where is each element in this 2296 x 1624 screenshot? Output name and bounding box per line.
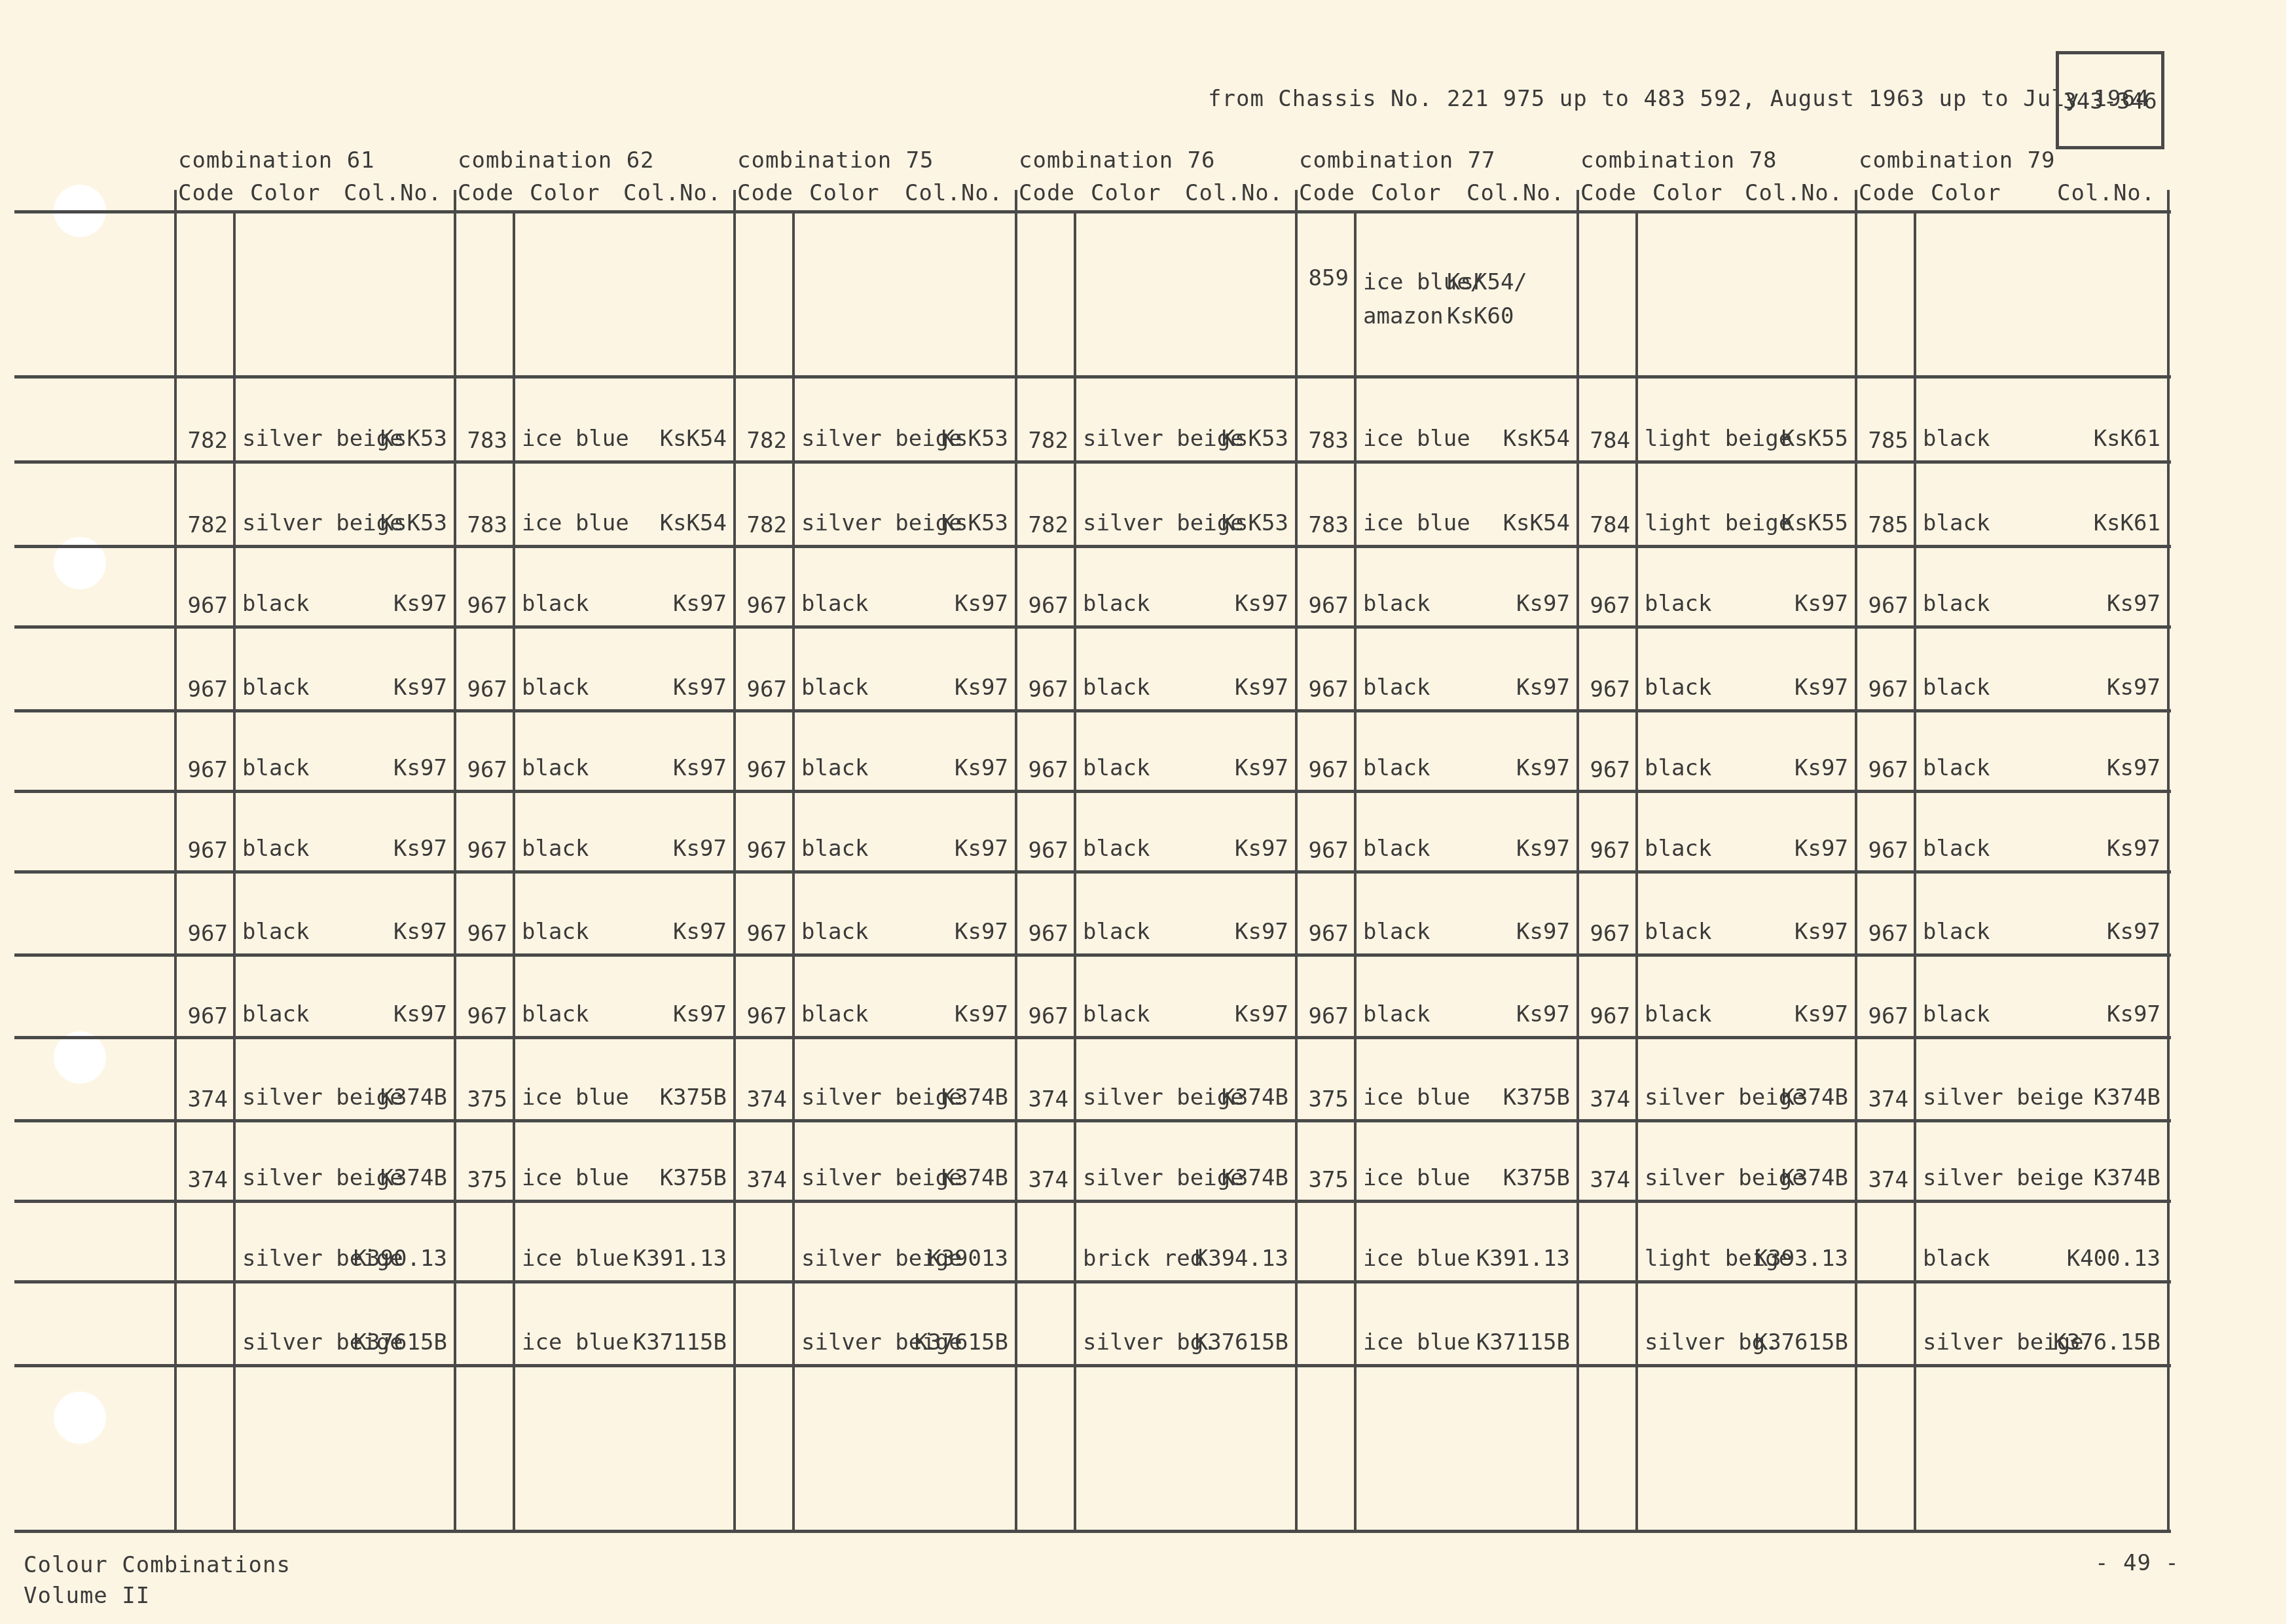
cell-code: 967	[1857, 676, 1908, 703]
cell-code: 783	[456, 428, 507, 454]
document-page	[0, 0, 2286, 1624]
cell-color: black	[801, 676, 868, 699]
cell-colno: Ks97	[1165, 921, 1288, 943]
combination-title: combination 76	[1019, 149, 1216, 172]
cell-colno: K375B	[604, 1086, 727, 1109]
cell-code: 784	[1579, 428, 1630, 454]
cell-code: 967	[177, 757, 228, 783]
cell-code: 967	[1579, 593, 1630, 619]
column-header-color: Color	[1371, 182, 1441, 204]
cell-color: black	[242, 921, 309, 943]
cell-colno: Ks97	[604, 676, 727, 699]
row-rule	[14, 953, 2171, 957]
cell-colno: Ks97	[1447, 1003, 1570, 1025]
cell-code: 967	[1017, 1003, 1068, 1029]
cell-code: 374	[1579, 1167, 1630, 1193]
cell-colno: KsK53	[1165, 428, 1288, 450]
cell-colno: K374B	[2037, 1086, 2160, 1109]
cell-color: black	[801, 757, 868, 779]
combination-title: combination 79	[1859, 149, 2056, 172]
cell-code: 967	[736, 838, 787, 864]
cell-colno: Ks97	[1447, 676, 1570, 699]
cell-code: 967	[1298, 676, 1349, 703]
cell-color: black	[242, 757, 309, 779]
cell-colno: Ks97	[885, 676, 1008, 699]
footer-title: Colour Combinations	[24, 1554, 291, 1576]
cell-colno: KsK53	[885, 428, 1008, 450]
cell-color: black	[1083, 757, 1150, 779]
cell-code: 785	[1857, 428, 1908, 454]
combination-title: combination 75	[737, 149, 934, 172]
cell-color: black	[1363, 676, 1430, 699]
cell-color: black	[242, 1003, 309, 1025]
column-header-colno: Col.No.	[344, 182, 442, 204]
cell-colno: K37615B	[885, 1331, 1008, 1354]
cell-code: 967	[1298, 593, 1349, 619]
cell-color: black	[1645, 838, 1711, 860]
row-rule	[14, 1280, 2171, 1283]
combination-title: combination 77	[1299, 149, 1496, 172]
cell-colno: Ks97	[885, 921, 1008, 943]
cell-colno: K374B	[1725, 1167, 1848, 1189]
cell-colno: Ks97	[1447, 757, 1570, 779]
cell-colno: Ks97	[1447, 921, 1570, 943]
cell-colno: Ks97	[604, 757, 727, 779]
code-divider	[513, 212, 515, 1533]
row-rule	[14, 1200, 2171, 1203]
cell-colno: Ks97	[1165, 676, 1288, 699]
cell-code: 374	[177, 1086, 228, 1113]
cell-code: 967	[1579, 1003, 1630, 1029]
column-header-code: Code	[178, 182, 234, 204]
cell-code: 967	[1579, 838, 1630, 864]
cell-code: 784	[1579, 512, 1630, 538]
cell-code: 859	[1298, 265, 1349, 291]
column-header-code: Code	[1859, 182, 1915, 204]
cell-code: 967	[1017, 757, 1068, 783]
cell-color: black	[1923, 676, 1990, 699]
row-rule	[14, 1530, 2171, 1533]
cell-color: black	[522, 921, 589, 943]
cell-colno: Ks97	[1725, 921, 1848, 943]
cell-colno: KsK54/ KsK60	[1447, 265, 1570, 333]
cell-color: black	[1645, 1003, 1711, 1025]
cell-code: 374	[736, 1086, 787, 1113]
column-header-color: Color	[1652, 182, 1722, 204]
cell-color: black	[1923, 428, 1990, 450]
combination-title: combination 78	[1580, 149, 1777, 172]
cell-colno: K374B	[1165, 1086, 1288, 1109]
cell-color: black	[1363, 593, 1430, 615]
page-reference: 343-346	[2059, 88, 2161, 115]
column-header-colno: Col.No.	[1185, 182, 1283, 204]
cell-code: 967	[1857, 838, 1908, 864]
cell-color: black	[801, 593, 868, 615]
row-rule	[14, 790, 2171, 793]
cell-colno: Ks97	[324, 921, 447, 943]
column-header-color: Color	[530, 182, 600, 204]
cell-code: 785	[1857, 512, 1908, 538]
column-header-colno: Col.No.	[1745, 182, 1843, 204]
cell-code: 782	[177, 512, 228, 538]
cell-color: black	[522, 593, 589, 615]
cell-colno: Ks97	[1725, 757, 1848, 779]
cell-color: black	[1083, 1003, 1150, 1025]
cell-color: black	[1923, 757, 1990, 779]
cell-code: 967	[736, 676, 787, 703]
cell-code: 782	[736, 428, 787, 454]
cell-color: black	[242, 593, 309, 615]
cell-colno: KsK53	[324, 428, 447, 450]
cell-colno: Ks97	[324, 593, 447, 615]
cell-colno: K375B	[604, 1167, 727, 1189]
cell-code: 375	[1298, 1086, 1349, 1113]
cell-color: black	[1923, 838, 1990, 860]
cell-code: 967	[1857, 1003, 1908, 1029]
cell-code: 967	[736, 1003, 787, 1029]
cell-colno: Ks97	[2037, 921, 2160, 943]
row-rule	[14, 375, 2171, 378]
cell-code: 967	[736, 921, 787, 947]
cell-code: 967	[1298, 757, 1349, 783]
row-rule	[14, 870, 2171, 874]
cell-colno: K374B	[324, 1167, 447, 1189]
cell-code: 374	[1857, 1086, 1908, 1113]
cell-color: black	[1363, 921, 1430, 943]
row-rule	[14, 1364, 2171, 1367]
cell-color: black	[242, 676, 309, 699]
column-header-color: Color	[809, 182, 879, 204]
cell-colno: K391.13	[1447, 1247, 1570, 1270]
cell-code: 967	[1857, 921, 1908, 947]
cell-code: 782	[177, 428, 228, 454]
cell-colno: KsK61	[2037, 512, 2160, 534]
cell-colno: Ks97	[2037, 757, 2160, 779]
cell-color: black	[1363, 1003, 1430, 1025]
cell-code: 374	[1579, 1086, 1630, 1113]
cell-colno: Ks97	[885, 838, 1008, 860]
cell-code: 374	[1017, 1086, 1068, 1113]
punch-hole	[54, 1031, 106, 1084]
cell-code: 374	[177, 1167, 228, 1193]
combination-title: combination 62	[458, 149, 655, 172]
cell-colno: K374B	[1725, 1086, 1848, 1109]
cell-color: black	[1083, 921, 1150, 943]
cell-colno: K391.13	[604, 1247, 727, 1270]
footer-volume: Volume II	[24, 1585, 150, 1607]
column-header-code: Code	[1580, 182, 1637, 204]
cell-color: black	[801, 921, 868, 943]
cell-colno: Ks97	[1447, 838, 1570, 860]
cell-colno: Ks97	[1725, 593, 1848, 615]
cell-colno: Ks97	[604, 1003, 727, 1025]
cell-colno: K374B	[2037, 1167, 2160, 1189]
column-header-colno: Col.No.	[905, 182, 1003, 204]
cell-code: 967	[1857, 593, 1908, 619]
column-header-code: Code	[458, 182, 514, 204]
cell-color: black	[522, 1003, 589, 1025]
cell-color: black	[1645, 593, 1711, 615]
cell-colno: Ks97	[324, 1003, 447, 1025]
cell-code: 967	[1017, 593, 1068, 619]
header-rule	[14, 210, 2171, 213]
cell-colno: Ks97	[1165, 838, 1288, 860]
cell-colno: Ks97	[1725, 1003, 1848, 1025]
cell-code: 967	[177, 838, 228, 864]
cell-code: 967	[736, 593, 787, 619]
row-rule	[14, 460, 2171, 464]
column-header-code: Code	[1019, 182, 1075, 204]
column-header-colno: Col.No.	[623, 182, 721, 204]
code-divider	[792, 212, 795, 1533]
cell-code: 967	[1579, 676, 1630, 703]
cell-color: black	[1363, 838, 1430, 860]
cell-code: 375	[456, 1167, 507, 1193]
cell-code: 782	[1017, 512, 1068, 538]
cell-colno: K37115B	[604, 1331, 727, 1354]
cell-color: black	[801, 1003, 868, 1025]
cell-color: black	[522, 676, 589, 699]
cell-code: 967	[456, 1003, 507, 1029]
code-divider	[1074, 212, 1076, 1533]
combination-title: combination 61	[178, 149, 375, 172]
cell-colno: K37615B	[1725, 1331, 1848, 1354]
cell-colno: K390.13	[324, 1247, 447, 1270]
cell-colno: K37115B	[1447, 1331, 1570, 1354]
cell-color: black	[522, 757, 589, 779]
cell-code: 782	[736, 512, 787, 538]
cell-code: 967	[1579, 757, 1630, 783]
cell-colno: KsK55	[1725, 512, 1848, 534]
cell-colno: KsK53	[324, 512, 447, 534]
row-rule	[14, 1119, 2171, 1122]
cell-colno: K375B	[1447, 1167, 1570, 1189]
cell-colno: KsK55	[1725, 428, 1848, 450]
cell-colno: Ks97	[1165, 757, 1288, 779]
cell-code: 967	[1298, 921, 1349, 947]
cell-colno: Ks97	[1165, 1003, 1288, 1025]
cell-code: 374	[1017, 1167, 1068, 1193]
cell-color: black	[801, 838, 868, 860]
cell-colno: Ks97	[885, 1003, 1008, 1025]
cell-colno: K374B	[1165, 1167, 1288, 1189]
cell-colno: Ks97	[2037, 593, 2160, 615]
cell-code: 967	[456, 838, 507, 864]
code-divider	[1354, 212, 1357, 1533]
cell-code: 967	[736, 757, 787, 783]
code-divider	[1914, 212, 1916, 1533]
cell-color: black	[522, 838, 589, 860]
cell-colno: KsK61	[2037, 428, 2160, 450]
cell-colno: Ks97	[1725, 838, 1848, 860]
cell-colno: K374B	[885, 1086, 1008, 1109]
cell-colno: K39013	[885, 1247, 1008, 1270]
cell-colno: Ks97	[324, 838, 447, 860]
cell-colno: K374B	[324, 1086, 447, 1109]
cell-color: black	[1645, 676, 1711, 699]
page-reference-box: 343-346	[2056, 51, 2164, 149]
cell-code: 967	[177, 1003, 228, 1029]
cell-code: 375	[456, 1086, 507, 1113]
cell-colno: KsK54	[604, 512, 727, 534]
cell-color: black	[1083, 593, 1150, 615]
cell-colno: K37615B	[1165, 1331, 1288, 1354]
cell-color: black	[1923, 921, 1990, 943]
cell-colno: K393.13	[1725, 1247, 1848, 1270]
table-right-edge	[2167, 190, 2170, 1533]
cell-code: 967	[1017, 838, 1068, 864]
cell-colno: KsK54	[1447, 428, 1570, 450]
cell-color: black	[1645, 921, 1711, 943]
cell-color: black	[1083, 838, 1150, 860]
cell-code: 967	[456, 676, 507, 703]
cell-colno: Ks97	[1165, 593, 1288, 615]
cell-colno: KsK54	[604, 428, 727, 450]
cell-color: black	[1923, 1003, 1990, 1025]
cell-colno: K375B	[1447, 1086, 1570, 1109]
row-rule	[14, 709, 2171, 712]
cell-colno: Ks97	[2037, 838, 2160, 860]
cell-code: 967	[1017, 676, 1068, 703]
cell-colno: KsK53	[1165, 512, 1288, 534]
cell-colno: Ks97	[324, 757, 447, 779]
code-divider	[233, 212, 236, 1533]
cell-code: 967	[1017, 921, 1068, 947]
cell-code: 783	[456, 512, 507, 538]
cell-colno: K376.15B	[2037, 1331, 2160, 1354]
cell-colno: Ks97	[604, 593, 727, 615]
cell-color: black	[242, 838, 309, 860]
cell-code: 967	[1298, 838, 1349, 864]
column-header-color: Color	[250, 182, 320, 204]
column-header-colno: Col.No.	[1467, 182, 1565, 204]
cell-colno: Ks97	[885, 757, 1008, 779]
cell-colno: Ks97	[1447, 593, 1570, 615]
chassis-range-heading: from Chassis No. 221 975 up to 483 592, …	[1208, 88, 2149, 110]
cell-code: 967	[177, 593, 228, 619]
cell-color: black	[1645, 757, 1711, 779]
column-header-color: Color	[1091, 182, 1161, 204]
cell-color: black	[1923, 1247, 1990, 1270]
column-header-code: Code	[737, 182, 793, 204]
cell-color: black	[1923, 512, 1990, 534]
cell-colno: K400.13	[2037, 1247, 2160, 1270]
cell-colno: KsK53	[885, 512, 1008, 534]
cell-colno: Ks97	[324, 676, 447, 699]
cell-code: 967	[456, 757, 507, 783]
cell-code: 967	[456, 593, 507, 619]
cell-colno: Ks97	[604, 921, 727, 943]
cell-color: black	[1363, 757, 1430, 779]
cell-colno: Ks97	[2037, 676, 2160, 699]
cell-code: 783	[1298, 428, 1349, 454]
cell-colno: Ks97	[885, 593, 1008, 615]
cell-colno: K37615B	[324, 1331, 447, 1354]
cell-code: 967	[1298, 1003, 1349, 1029]
cell-colno: K394.13	[1165, 1247, 1288, 1270]
column-header-code: Code	[1299, 182, 1355, 204]
cell-code: 374	[1857, 1167, 1908, 1193]
cell-colno: KsK54	[1447, 512, 1570, 534]
cell-code: 967	[177, 676, 228, 703]
cell-code: 967	[1857, 757, 1908, 783]
cell-colno: Ks97	[604, 838, 727, 860]
cell-code: 374	[736, 1167, 787, 1193]
code-divider	[1635, 212, 1638, 1533]
row-rule	[14, 1036, 2171, 1039]
cell-code: 783	[1298, 512, 1349, 538]
cell-code: 967	[1579, 921, 1630, 947]
cell-code: 967	[456, 921, 507, 947]
row-rule	[14, 545, 2171, 548]
column-header-colno: Col.No.	[2057, 182, 2155, 204]
cell-color: black	[1923, 593, 1990, 615]
cell-colno: Ks97	[1725, 676, 1848, 699]
cell-colno: K374B	[885, 1167, 1008, 1189]
cell-color: black	[1083, 676, 1150, 699]
cell-code: 782	[1017, 428, 1068, 454]
punch-hole	[54, 1392, 106, 1444]
row-rule	[14, 625, 2171, 629]
cell-colno: Ks97	[2037, 1003, 2160, 1025]
cell-code: 967	[177, 921, 228, 947]
cell-code: 375	[1298, 1167, 1349, 1193]
page-number: - 49 -	[2095, 1552, 2179, 1574]
column-header-color: Color	[1931, 182, 2001, 204]
